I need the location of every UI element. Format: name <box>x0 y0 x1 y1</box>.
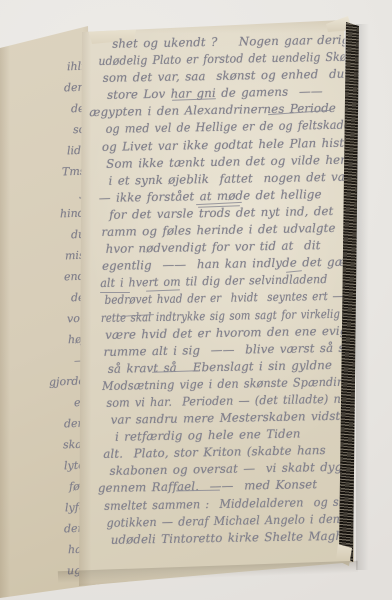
left-page-text-fragment: gjorde <box>49 374 85 388</box>
handwritten-text-block: shet og ukendt ? Nogen gaar derigennem u… <box>96 32 359 549</box>
book-edge-shadow <box>356 24 372 570</box>
notebook-page: shet og ukendt ? Nogen gaar derigennem u… <box>74 16 360 594</box>
photograph-of-notebook: ihli den de so lidt Tms J hind du mis en… <box>0 0 392 600</box>
